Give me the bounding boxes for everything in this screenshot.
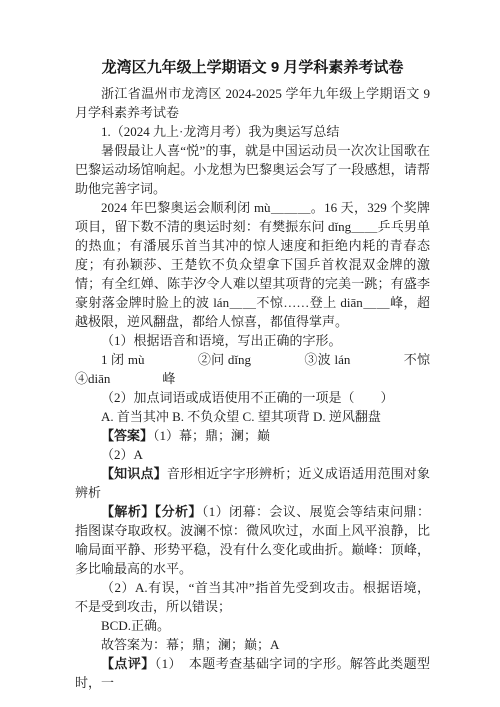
knowledge-point-paragraph: 【知识点】音形相近字字形辨析；近义成语适用范围对象辨析 (75, 464, 430, 502)
paragraph-text: A. 首当其冲 B. 不负众望 C. 望其项背 D. 逆风翻盘 (101, 409, 381, 424)
paragraph-text: 2024 年巴黎奥运会顺利闭 mù＿＿＿。16 天，329 个奖牌项目，留下数不… (75, 200, 430, 329)
sub-question-1: （1）根据语音和语境，写出正确的字形。 (75, 331, 430, 350)
paragraph-text: 浙江省温州市龙湾区 2024-2025 学年九年级上学期语文 9 月学科素养考试… (75, 86, 430, 120)
paragraph-text: （2）A.有误，“首当其冲”指首先受到攻击。根据语境，不是受到攻击，所以错误； (75, 580, 430, 614)
analysis-paragraph: 【解析】【分析】（1）闭幕：会议、展览会等结束问鼎：指图谋夺取政权。波澜不惊：微… (75, 502, 430, 578)
passage-paragraph: 2024 年巴黎奥运会顺利闭 mù＿＿＿。16 天，329 个奖牌项目，留下数不… (75, 198, 430, 331)
paragraph-text: 故答案为：幕；鼎；澜；巅；A (101, 637, 279, 652)
knowledge-point-label: 【知识点】 (101, 466, 167, 481)
bcd-line: BCD.正确。 (75, 616, 430, 635)
answer-label: 【答案】 (101, 428, 153, 443)
subtitle-paragraph: 浙江省温州市龙湾区 2024-2025 学年九年级上学期语文 9 月学科素养考试… (75, 84, 430, 122)
paragraph-text: （1）幕；鼎；澜；巅 (153, 428, 270, 443)
answer-paragraph: 【答案】（1）幕；鼎；澜；巅 (75, 426, 430, 445)
document-page: 龙湾区九年级上学期语文 9 月学科素养考试卷 浙江省温州市龙湾区 2024-20… (0, 0, 500, 707)
paragraph-text: （2）加点词语或成语使用不正确的一项是（ ） (101, 390, 394, 405)
comment-label: 【点评】 (101, 656, 155, 671)
paragraph-text: 1.（2024 九上·龙湾月考）我为奥运写总结 (101, 124, 339, 139)
choices-line: A. 首当其冲 B. 不负众望 C. 望其项背 D. 逆风翻盘 (75, 407, 430, 426)
comment-paragraph: 【点评】（1） 本题考查基础字词的字形。解答此类题型时，一 (75, 654, 430, 692)
analysis-label: 【解析】【分析】 (101, 504, 202, 519)
paragraph-text: （1）根据语音和语境，写出正确的字形。 (101, 333, 342, 348)
blanks-line: 1 闭 mù ②问 dǐng ③波 lán 不惊 ④diān 峰 (75, 350, 430, 388)
question-number-line: 1.（2024 九上·龙湾月考）我为奥运写总结 (75, 122, 430, 141)
paragraph-text: BCD.正确。 (101, 618, 170, 633)
intro-paragraph: 暑假最让人喜“悦”的事，就是中国运动员一次次让国歌在巴黎运动场馆响起。小龙想为巴… (75, 141, 430, 198)
page-title: 龙湾区九年级上学期语文 9 月学科素养考试卷 (75, 58, 430, 78)
sub-question-2: （2）加点词语或成语使用不正确的一项是（ ） (75, 388, 430, 407)
analysis-item-2: （2）A.有误，“首当其冲”指首先受到攻击。根据语境，不是受到攻击，所以错误； (75, 578, 430, 616)
paragraph-text: 暑假最让人喜“悦”的事，就是中国运动员一次次让国歌在巴黎运动场馆响起。小龙想为巴… (75, 143, 430, 196)
paragraph-text: 1 闭 mù ②问 dǐng ③波 lán 不惊 ④diān 峰 (75, 352, 443, 386)
answer-2-line: （2）A (75, 445, 430, 464)
final-answer-line: 故答案为：幕；鼎；澜；巅；A (75, 635, 430, 654)
paragraph-text: （2）A (101, 447, 143, 462)
